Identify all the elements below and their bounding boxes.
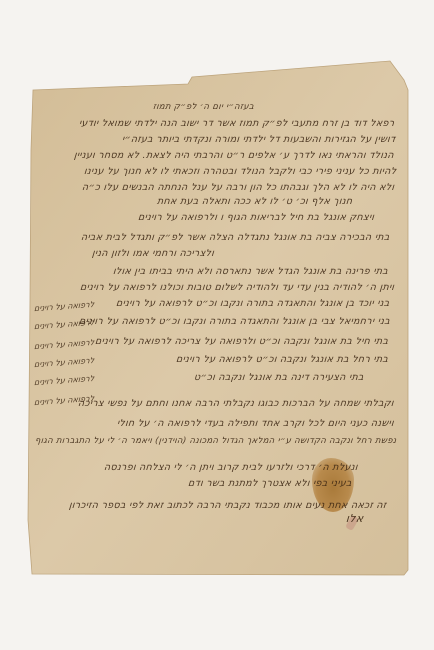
text-line: ויתן ה׳ להודיה בנין עדי עד ולהודיה לשלום… xyxy=(79,282,394,293)
text-line: בתי הבכירה צביה בת אונגל נתגדלה הצלה אשר… xyxy=(81,232,391,243)
letter-document: בעזה״י יום ה׳ לפ״ק תמוז רפאל דוד בן זרח … xyxy=(0,0,434,650)
text-line: בתי חיל בת אונגל ונקבה וכ״ט ולרפואה על צ… xyxy=(94,336,388,347)
text-line: דושין על הגזירות והשבעות דל ילדתי ומורה … xyxy=(122,134,397,145)
text-line: בני יוכד בן אונגל והתאגדה בתורה ונקבו וכ… xyxy=(116,298,391,309)
text-line: ולא היה לו לא הלך וגבהתו כל הון ורבה על … xyxy=(81,182,395,193)
text-line: וקבלתי שמחה על הברכות כבוגו נקבלתי הרבה … xyxy=(78,398,395,409)
text-line: בתי פרינה בת אונגל הגדל אשר נתארסה ולא ה… xyxy=(112,266,388,277)
header-line: בעזה״י יום ה׳ לפ״ק תמוז xyxy=(152,102,254,112)
text-line: רפאל דוד בן זרח מתעבי לפ״ק תמוז אשר דר י… xyxy=(78,118,395,129)
text-line: הנולד והראתי נאו לדרך ע׳ אלפים ר״ט והרבת… xyxy=(74,150,395,161)
text-line: זה זכאה אחת נעים אותו מכבוד נקבתי הרבה ל… xyxy=(68,500,387,511)
text-line: ולצריכה ורחמי אמו ולזון הנין xyxy=(91,248,214,259)
text-line: ויצחק אונגל בת חיל לבריאות הגוף ו ולרפוא… xyxy=(137,212,374,223)
text-line: וישנה כעני היום לכל וקרב אחד ותפילה בעדי… xyxy=(117,418,395,429)
text-line: בתי הצעירה דינה בת אונגל ונקבה וכ״ט xyxy=(194,372,365,383)
text-line: בתי רחל בת אונגל ונקבה וכ״ט לרפואה על רו… xyxy=(175,354,388,365)
text-line: להיות כל עניני פירי כבי ולקבל הנולד ובטה… xyxy=(83,166,397,177)
text-line: חנוך אלף וכ׳ ט׳ לו לא ככה ותאלה בעת אחת xyxy=(156,196,352,207)
text-line: נפשת רחל ונקבה הקדושה ע״י המלאך הגדול המ… xyxy=(34,436,397,446)
signature: אלו xyxy=(346,512,365,525)
text-line: בני ירחמיאל צבי בן אונגל והתאגדה בתורה ו… xyxy=(78,316,390,327)
text-line: בעיני בפי ולא אצטרך למתנת בשר ודם xyxy=(188,478,353,489)
text-line: ונעלת ה׳ דרכי ולזרעו לבית קרוב ויתן ה׳ ל… xyxy=(104,462,359,473)
